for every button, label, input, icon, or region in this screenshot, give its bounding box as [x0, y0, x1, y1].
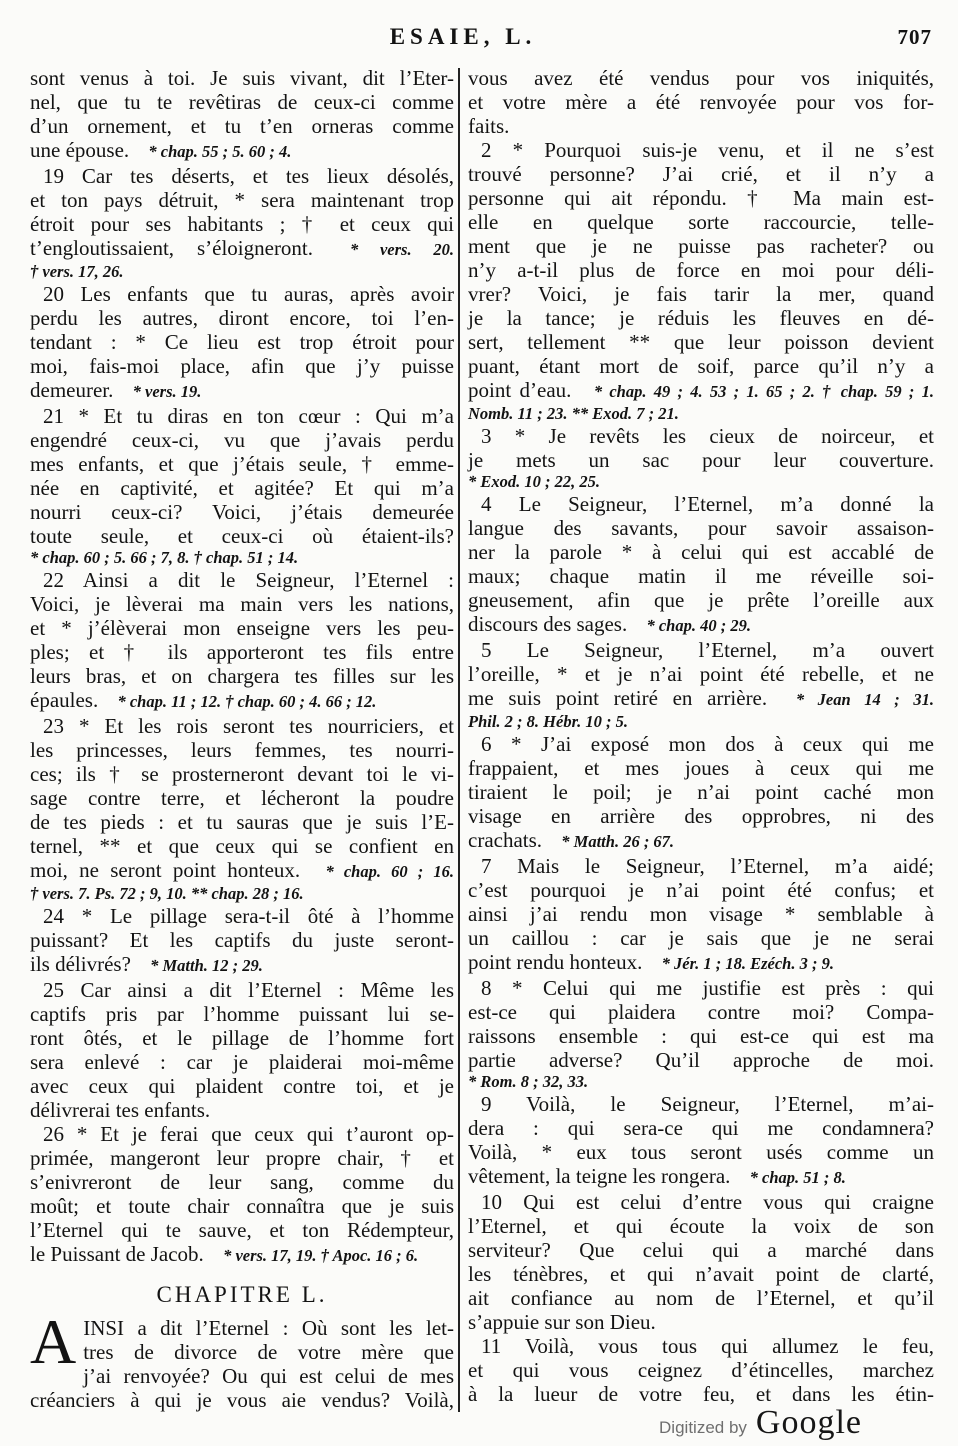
- verse-reference: * Jér. 1 ; 18. Ezéch. 3 ; 9.: [662, 954, 834, 973]
- verse-paragraph: 10 Qui est celui d’entre vous qui craign…: [468, 1190, 934, 1334]
- text-line: s’enivreront de leur sang, comme du: [30, 1170, 454, 1194]
- digitized-by-label: Digitized by: [659, 1418, 747, 1438]
- verse-paragraph: 24 * Le pillage sera-t-il ôté à l’hommep…: [30, 904, 454, 978]
- text-line: † vers. 7. Ps. 72 ; 9, 10. ** chap. 28 ;…: [30, 884, 454, 904]
- text-line: † vers. 17, 26.: [30, 262, 454, 282]
- text-line: c’est pourquoi je n’ai point été confus;…: [468, 878, 934, 902]
- verse-reference: * vers. 19.: [133, 382, 202, 401]
- text-line: 22 Ainsi a dit le Seigneur, l’Eternel :: [30, 568, 454, 592]
- verse-reference: * chap. 60 ; 5. 66 ; 7, 8. † chap. 51 ; …: [30, 548, 298, 567]
- verse-paragraph: 8 * Celui qui me justifie est près : qui…: [468, 976, 934, 1092]
- verse-paragraph: 4 Le Seigneur, l’Eternel, m’a donné lala…: [468, 492, 934, 638]
- verse-paragraph: 19 Car tes déserts, et tes lieux désolés…: [30, 164, 454, 282]
- text-line: mes enfants, et que j’étais seule, † emm…: [30, 452, 454, 476]
- column-divider: [458, 68, 460, 1412]
- verse-reference: Phil. 2 ; 8. Hébr. 10 ; 5.: [468, 712, 628, 731]
- text-line: perdu les autres, diront encore, toi l’e…: [30, 306, 454, 330]
- text-line: 5 Le Seigneur, l’Eternel, m’a ouvert: [468, 638, 934, 662]
- text-line: 20 Les enfants que tu auras, après avoir: [30, 282, 454, 306]
- text-line: à la lueur de votre feu, et dans les éti…: [468, 1382, 934, 1406]
- page-number: 707: [898, 25, 933, 50]
- text-line: et * j’élèverai mon enseigne vers les pe…: [30, 616, 454, 640]
- text-line: 23 * Et les rois seront tes nourriciers,…: [30, 714, 454, 738]
- column-right: vous avez été vendus pour vos iniquités,…: [468, 66, 936, 1412]
- text-line: de tes pieds : et tu sauras que je suis …: [30, 810, 454, 834]
- text-line: personne qui ait répondu. † Ma main est-: [468, 186, 934, 210]
- text-line: une épouse. * chap. 55 ; 5. 60 ; 4.: [30, 138, 454, 164]
- text-line: dera : qui sera-ce qui me condamnera?: [468, 1116, 934, 1140]
- text-line: l’Eternel qui te sauve, et ton Rédempteu…: [30, 1218, 454, 1242]
- text-line: 19 Car tes déserts, et tes lieux désolés…: [30, 164, 454, 188]
- verse-paragraph: sont venus à toi. Je suis vivant, dit l’…: [30, 66, 454, 164]
- running-title: ESAIE, L.: [30, 24, 896, 50]
- book-page: ESAIE, L. 707 sont venus à toi. Je suis …: [0, 0, 958, 1412]
- text-line: tiraient le poil; je n’ai point caché mo…: [468, 780, 934, 804]
- text-line: ples; et † ils apporteront tes fils entr…: [30, 640, 454, 664]
- verse-reference: * Matth. 26 ; 67.: [561, 832, 674, 851]
- verse-reference: * chap. 11 ; 12. † chap. 60 ; 4. 66 ; 12…: [117, 692, 376, 711]
- text-line: je mets un sac pour leur couverture.: [468, 448, 934, 472]
- text-line: Nomb. 11 ; 23. ** Exod. 7 ; 21.: [468, 404, 934, 424]
- text-line: Phil. 2 ; 8. Hébr. 10 ; 5.: [468, 712, 934, 732]
- text-line: discours des sages. * chap. 40 ; 29.: [468, 612, 934, 638]
- text-line: ces; ils † se prosterneront devant toi l…: [30, 762, 454, 786]
- text-line: sont venus à toi. Je suis vivant, dit l’…: [30, 66, 454, 90]
- verse-reference: * Matth. 12 ; 29.: [150, 956, 263, 975]
- text-line: 3 * Je revêts les cieux de noirceur, et: [468, 424, 934, 448]
- text-line: je la tance; je réduis les fleuves en dé…: [468, 306, 934, 330]
- text-line: tres de divorce de votre mère que: [30, 1340, 454, 1364]
- text-line: née en captivité, et agitée? Et qui m’a: [30, 476, 454, 500]
- verse-paragraph: 21 * Et tu diras en ton cœur : Qui m’aen…: [30, 404, 454, 568]
- text-line: ner la parole * à celui qui est accablé …: [468, 540, 934, 564]
- verse-paragraph: 7 Mais le Seigneur, l’Eternel, m’a aidé;…: [468, 854, 934, 976]
- text-line: avec ceux qui plaident contre toi, et je: [30, 1074, 454, 1098]
- text-line: vrer? Voici, je fais tarir la mer, quand: [468, 282, 934, 306]
- text-line: ront ôtés, et le pillage de l’homme fort: [30, 1026, 454, 1050]
- google-watermark: Digitized by Google: [659, 1404, 862, 1442]
- verse-paragraph: vous avez été vendus pour vos iniquités,…: [468, 66, 934, 138]
- verse-reference: Nomb. 11 ; 23. ** Exod. 7 ; 21.: [468, 404, 679, 423]
- text-line: Voilà, * eux tous seront usés comme un: [468, 1140, 934, 1164]
- text-line: est-ce qui plaidera contre moi? Compa-: [468, 1000, 934, 1024]
- text-line: sage contre terre, et lécheront la poudr…: [30, 786, 454, 810]
- text-line: maux; chaque matin il me réveille soi-: [468, 564, 934, 588]
- text-line: puant, étant mort de soif, parce qu’il n…: [468, 354, 934, 378]
- verse-paragraph: 6 * J’ai exposé mon dos à ceux qui mefra…: [468, 732, 934, 854]
- text-line: elle en quelque sorte raccourcie, telle-: [468, 210, 934, 234]
- text-line: 8 * Celui qui me justifie est près : qui: [468, 976, 934, 1000]
- verse-reference: * chap. 40 ; 29.: [646, 616, 751, 635]
- text-line: frappaient, et mes joues à ceux qui me: [468, 756, 934, 780]
- text-line: point rendu honteux. * Jér. 1 ; 18. Ezéc…: [468, 950, 934, 976]
- verse-reference: * vers. 17, 19. † Apoc. 16 ; 6.: [223, 1246, 418, 1265]
- text-line: tendant : * Ce lieu est trop étroit pour: [30, 330, 454, 354]
- text-line: délivrerai tes enfants.: [30, 1098, 454, 1122]
- text-line: 24 * Le pillage sera-t-il ôté à l’homme: [30, 904, 454, 928]
- verse-reference: * chap. 51 ; 8.: [750, 1168, 846, 1187]
- text-line: 6 * J’ai exposé mon dos à ceux qui me: [468, 732, 934, 756]
- text-line: le Puissant de Jacob. * vers. 17, 19. † …: [30, 1242, 454, 1268]
- text-line: t’engloutissaient, s’éloigneront. * vers…: [30, 236, 454, 262]
- text-line: les ténèbres, et qui n’avait point de cl…: [468, 1262, 934, 1286]
- verse-reference: * vers. 20.: [350, 240, 454, 259]
- text-line: puissant? Et les captifs du juste seront…: [30, 928, 454, 952]
- chapter-heading: CHAPITRE L.: [30, 1282, 454, 1308]
- text-line: ternel, ** et que ceux qui se confient e…: [30, 834, 454, 858]
- text-line: 25 Car ainsi a dit l’Eternel : Même les: [30, 978, 454, 1002]
- verse-paragraph: 20 Les enfants que tu auras, après avoir…: [30, 282, 454, 404]
- text-line: et ton pays détruit, * sera maintenant t…: [30, 188, 454, 212]
- text-line: s’appuie sur son Dieu.: [468, 1310, 934, 1334]
- text-line: vêtement, la teigne les rongera. * chap.…: [468, 1164, 934, 1190]
- text-line: les princesses, leurs femmes, tes nourri…: [30, 738, 454, 762]
- drop-cap: A: [30, 1319, 76, 1365]
- text-line: partie adverse? Qu’il approche de moi.: [468, 1048, 934, 1072]
- text-line: créanciers à qui je vous aie vendus? Voi…: [30, 1388, 454, 1412]
- text-line: faits.: [468, 114, 934, 138]
- verse-paragraph: 25 Car ainsi a dit l’Eternel : Même lesc…: [30, 978, 454, 1122]
- text-line: 9 Voilà, le Seigneur, l’Eternel, m’ai-: [468, 1092, 934, 1116]
- verse-reference: * Jean 14 ; 31.: [796, 690, 934, 709]
- text-line: raissons ensemble : qui est-ce qui est m…: [468, 1024, 934, 1048]
- text-line: l’Eternel, et qui écoute la voix de son: [468, 1214, 934, 1238]
- text-line: moi, fais-moi place, afin que j’y puisse: [30, 354, 454, 378]
- text-line: 10 Qui est celui d’entre vous qui craign…: [468, 1190, 934, 1214]
- text-line: gneusement, afin que je prête l’oreille …: [468, 588, 934, 612]
- text-line: ment que je ne puisse pas racheter? ou: [468, 234, 934, 258]
- verse-paragraph: 9 Voilà, le Seigneur, l’Eternel, m’ai-de…: [468, 1092, 934, 1190]
- text-line: 26 * Et je ferai que ceux qui t’auront o…: [30, 1122, 454, 1146]
- text-line: visage en arrière des opprobres, ni des: [468, 804, 934, 828]
- text-line: 7 Mais le Seigneur, l’Eternel, m’a aidé;: [468, 854, 934, 878]
- text-line: trouvé personne? J’ai crié, et il n’y a: [468, 162, 934, 186]
- verse-paragraph: 3 * Je revêts les cieux de noirceur, etj…: [468, 424, 934, 492]
- verse-paragraph: 23 * Et les rois seront tes nourriciers,…: [30, 714, 454, 904]
- page-header: ESAIE, L. 707: [30, 24, 936, 60]
- text-line: sera enlevé : car je plaiderai moi-même: [30, 1050, 454, 1074]
- verse-reference: † vers. 7. Ps. 72 ; 9, 10. ** chap. 28 ;…: [30, 884, 304, 903]
- text-line: 21 * Et tu diras en ton cœur : Qui m’a: [30, 404, 454, 428]
- text-line: n’y a-t-il plus de force en moi pour dél…: [468, 258, 934, 282]
- text-line: * chap. 60 ; 5. 66 ; 7, 8. † chap. 51 ; …: [30, 548, 454, 568]
- verse-reference: * Rom. 8 ; 32, 33.: [468, 1072, 588, 1091]
- text-line: leurs bras, et on chargera tes filles su…: [30, 664, 454, 688]
- text-line: épaules. * chap. 11 ; 12. † chap. 60 ; 4…: [30, 688, 454, 714]
- verse-reference: † vers. 17, 26.: [30, 262, 124, 281]
- text-line: point d’eau. * chap. 49 ; 4. 53 ; 1. 65 …: [468, 378, 934, 404]
- text-line: sert, tellement ** que leur poisson devi…: [468, 330, 934, 354]
- text-line: engendré ceux-ci, vu que j’avais perdu: [30, 428, 454, 452]
- text-line: et qui vous ceignez d’étincelles, marche…: [468, 1358, 934, 1382]
- text-line: captifs pris par l’homme puissant lui se…: [30, 1002, 454, 1026]
- verse-reference: * Exod. 10 ; 22, 25.: [468, 472, 600, 491]
- text-line: demeurer. * vers. 19.: [30, 378, 454, 404]
- text-line: 11 Voilà, vous tous qui allumez le feu,: [468, 1334, 934, 1358]
- text-line: moût; et toute chair connaîtra que je su…: [30, 1194, 454, 1218]
- text-line: ils délivrés? * Matth. 12 ; 29.: [30, 952, 454, 978]
- text-line: vous avez été vendus pour vos iniquités,: [468, 66, 934, 90]
- text-line: 2 * Pourquoi suis-je venu, et il ne s’es…: [468, 138, 934, 162]
- text-line: * Rom. 8 ; 32, 33.: [468, 1072, 934, 1092]
- text-line: un caillou : car je sais que je ne serai: [468, 926, 934, 950]
- verse-reference: * chap. 55 ; 5. 60 ; 4.: [148, 142, 291, 161]
- google-logo: Google: [756, 1404, 862, 1442]
- verse-paragraph: 5 Le Seigneur, l’Eternel, m’a ouvertl’or…: [468, 638, 934, 732]
- text-line: crachats. * Matth. 26 ; 67.: [468, 828, 934, 854]
- verse-paragraph: 2 * Pourquoi suis-je venu, et il ne s’es…: [468, 138, 934, 424]
- text-line: moi, ne seront point honteux. * chap. 60…: [30, 858, 454, 884]
- text-line: et votre mère a été renvoyée pour vos fo…: [468, 90, 934, 114]
- text-line: primée, mangeront leur propre chair, † e…: [30, 1146, 454, 1170]
- verse-reference: * chap. 60 ; 16.: [325, 862, 454, 881]
- verse-paragraph: 11 Voilà, vous tous qui allumez le feu,e…: [468, 1334, 934, 1406]
- text-columns: sont venus à toi. Je suis vivant, dit l’…: [30, 66, 936, 1412]
- text-line: l’oreille, * et je n’ai point été rebell…: [468, 662, 934, 686]
- text-line: 4 Le Seigneur, l’Eternel, m’a donné la: [468, 492, 934, 516]
- text-line: étroit pour ses habitants ; † et ceux qu…: [30, 212, 454, 236]
- text-line: langue des savants, pour savoir assaison…: [468, 516, 934, 540]
- verse-paragraph: 22 Ainsi a dit le Seigneur, l’Eternel :V…: [30, 568, 454, 714]
- text-line: j’ai renvoyée? Ou qui est celui de mes: [30, 1364, 454, 1388]
- text-line: * Exod. 10 ; 22, 25.: [468, 472, 934, 492]
- text-line: nel, que tu te revêtiras de ceux-ci comm…: [30, 90, 454, 114]
- verse-reference: * chap. 49 ; 4. 53 ; 1. 65 ; 2. † chap. …: [594, 382, 934, 401]
- text-line: ait confiance au nom de l’Eternel, et qu…: [468, 1286, 934, 1310]
- text-line: toute seule, et ceux-ci où étaient-ils?: [30, 524, 454, 548]
- text-line: me suis point retiré en arrière. * Jean …: [468, 686, 934, 712]
- text-line: ainsi j’ai rendu mon visage * semblable …: [468, 902, 934, 926]
- text-line: d’un ornement, et tu t’en orneras comme: [30, 114, 454, 138]
- text-line: INSI a dit l’Eternel : Où sont les let-: [30, 1316, 454, 1340]
- text-line: nourri ceux-ci? Voici, j’étais demeurée: [30, 500, 454, 524]
- column-left: sont venus à toi. Je suis vivant, dit l’…: [30, 66, 454, 1412]
- verse-paragraph: 26 * Et je ferai que ceux qui t’auront o…: [30, 1122, 454, 1268]
- text-line: Voici, je lèverai ma main vers les natio…: [30, 592, 454, 616]
- text-line: serviteur? Que celui qui a marché dans: [468, 1238, 934, 1262]
- verse-paragraph: AINSI a dit l’Eternel : Où sont les let-…: [30, 1316, 454, 1412]
